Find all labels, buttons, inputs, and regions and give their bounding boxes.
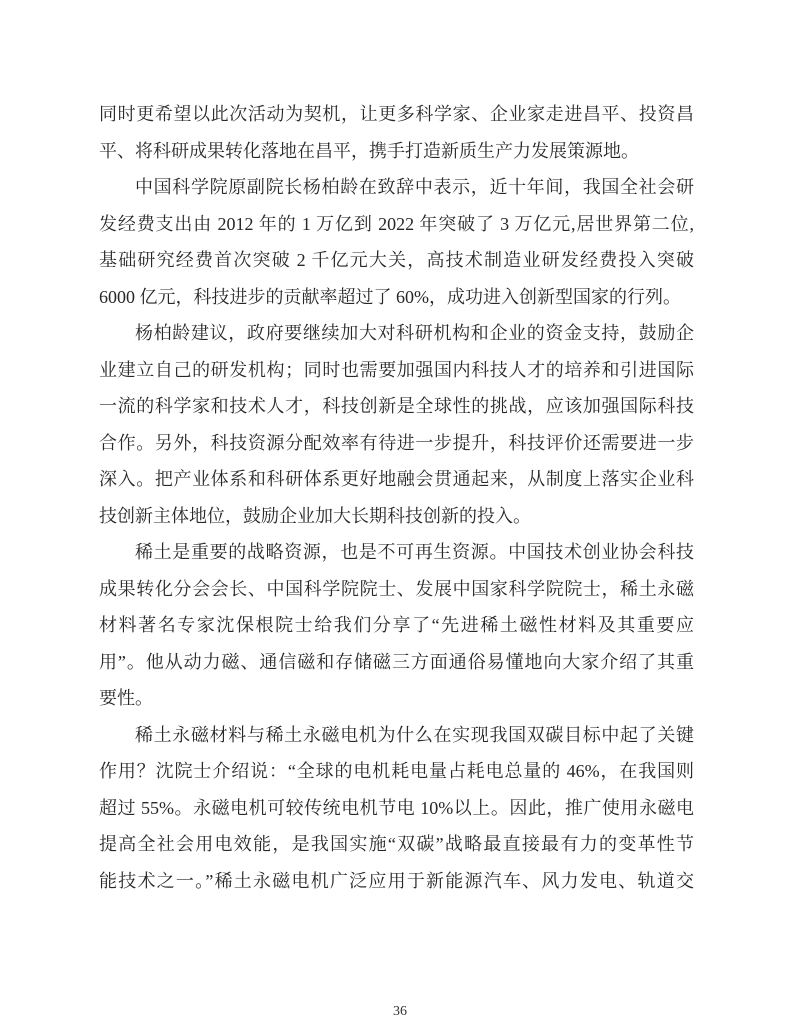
text-line: 一流的科学家和技术人才，科技创新是全球性的挑战，应该加强国际科技	[99, 388, 694, 425]
text-line: 技创新主体地位，鼓励企业加大长期科技创新的投入。	[99, 498, 694, 535]
text-line: 能技术之一。”稀土永磁电机广泛应用于新能源汽车、风力发电、轨道交	[99, 863, 694, 900]
text-line: 作用？沈院士介绍说：“全球的电机耗电量占耗电总量的 46%，在我国则	[99, 753, 694, 790]
page-text-block: 同时更希望以此次活动为契机，让更多科学家、企业家走进昌平、投资昌平、将科研成果转…	[99, 96, 694, 899]
text-line: 合作。另外，科技资源分配效率有待进一步提升，科技评价还需要进一步	[99, 425, 694, 462]
text-line: 中国科学院原副院长杨柏龄在致辞中表示，近十年间，我国全社会研	[99, 169, 694, 206]
text-line: 材料著名专家沈保根院士给我们分享了“先进稀土磁性材料及其重要应	[99, 607, 694, 644]
text-line: 提高全社会用电效能，是我国实施“双碳”战略最直接最有力的变革性节	[99, 826, 694, 863]
text-line: 杨柏龄建议，政府要继续加大对科研机构和企业的资金支持，鼓励企	[99, 315, 694, 352]
text-line: 稀土是重要的战略资源，也是不可再生资源。中国技术创业协会科技	[99, 534, 694, 571]
text-line: 要性。	[99, 680, 694, 717]
text-line: 发经费支出由 2012 年的 1 万亿到 2022 年突破了 3 万亿元,居世界…	[99, 206, 694, 243]
text-line: 稀土永磁材料与稀土永磁电机为什么在实现我国双碳目标中起了关键	[99, 717, 694, 754]
text-line: 成果转化分会会长、中国科学院院士、发展中国家科学院院士，稀土永磁	[99, 571, 694, 608]
text-line: 深入。把产业体系和科研体系更好地融会贯通起来，从制度上落实企业科	[99, 461, 694, 498]
text-line: 业建立自己的研发机构；同时也需要加强国内科技人才的培养和引进国际	[99, 352, 694, 389]
text-line: 超过 55%。永磁电机可较传统电机节电 10%以上。因此，推广使用永磁电机，	[99, 790, 694, 827]
text-line: 同时更希望以此次活动为契机，让更多科学家、企业家走进昌平、投资昌	[99, 96, 694, 133]
text-line: 基础研究经费首次突破 2 千亿元大关，高技术制造业研发经费投入突破	[99, 242, 694, 279]
page-number: 36	[0, 1004, 800, 1020]
text-line: 平、将科研成果转化落地在昌平，携手打造新质生产力发展策源地。	[99, 133, 694, 170]
document-page: 同时更希望以此次活动为契机，让更多科学家、企业家走进昌平、投资昌平、将科研成果转…	[0, 0, 800, 1035]
text-line: 用”。他从动力磁、通信磁和存储磁三方面通俗易懂地向大家介绍了其重	[99, 644, 694, 681]
text-line: 6000 亿元，科技进步的贡献率超过了 60%，成功进入创新型国家的行列。	[99, 279, 694, 316]
